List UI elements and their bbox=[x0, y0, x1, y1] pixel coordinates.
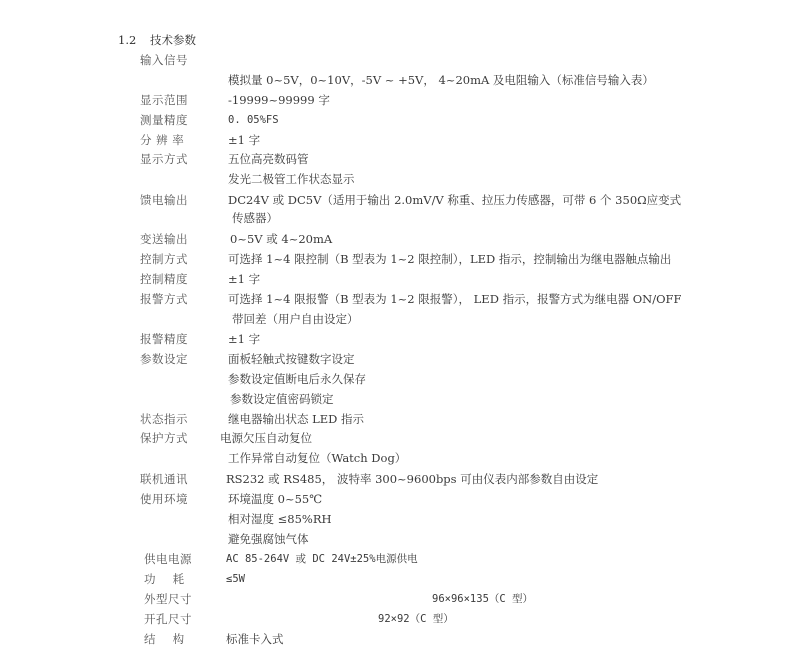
param-setting-label: 参数设定 bbox=[140, 352, 188, 366]
alarm-accuracy-value: ±1 字 bbox=[228, 332, 260, 346]
feed-output-label: 馈电输出 bbox=[140, 193, 188, 207]
transmit-output-value: 0~5V 或 4~20mA bbox=[230, 232, 332, 246]
protection-value-1: 电源欠压自动复位 bbox=[220, 431, 312, 445]
display-mode-value-1: 五位高亮数码管 bbox=[228, 152, 309, 166]
display-range-label: 显示范围 bbox=[140, 93, 188, 107]
protection-value-2: 工作异常自动复位（Watch Dog） bbox=[228, 451, 406, 465]
status-indication-value: 继电器输出状态 LED 指示 bbox=[228, 412, 364, 426]
power-consumption-value: ≤5W bbox=[226, 572, 245, 586]
cutout-size-label: 开孔尺寸 bbox=[144, 612, 192, 626]
control-mode-value: 可选择 1~4 限控制（B 型表为 1~2 限控制），LED 指示，控制输出为继… bbox=[228, 252, 671, 266]
communication-value: RS232 或 RS485， 波特率 300~9600bps 可由仪表内部参数自… bbox=[226, 472, 598, 486]
power-supply-value: AC 85-264V 或 DC 24V±25%电源供电 bbox=[226, 552, 418, 566]
resolution-label: 分 辨 率 bbox=[140, 133, 184, 147]
outer-size-value: 96×96×135（C 型） bbox=[432, 592, 533, 606]
environment-value-2: 相对湿度 ≤85%RH bbox=[228, 512, 332, 526]
param-setting-value-1: 面板轻触式按键数字设定 bbox=[228, 352, 355, 366]
feed-output-value-2: 传感器） bbox=[232, 211, 278, 225]
display-range-value: -19999~99999 字 bbox=[228, 93, 330, 107]
outer-size-label: 外型尺寸 bbox=[144, 592, 192, 606]
display-mode-value-2: 发光二极管工作状态显示 bbox=[228, 172, 355, 186]
cutout-size-value: 92×92（C 型） bbox=[378, 612, 454, 626]
protection-label: 保护方式 bbox=[140, 431, 188, 445]
display-mode-label: 显示方式 bbox=[140, 152, 188, 166]
transmit-output-label: 变送输出 bbox=[140, 232, 188, 246]
status-indication-label: 状态指示 bbox=[140, 412, 188, 426]
measure-accuracy-value: 0. 05%FS bbox=[228, 113, 279, 127]
feed-output-value-1: DC24V 或 DC5V（适用于输出 2.0mV/V 称重、拉压力传感器，可带 … bbox=[228, 193, 681, 207]
alarm-mode-value-2: 带回差（用户自由设定） bbox=[232, 312, 359, 326]
communication-label: 联机通讯 bbox=[140, 472, 188, 486]
environment-value-1: 环境温度 0~55℃ bbox=[228, 492, 322, 506]
param-setting-value-2: 参数设定值断电后永久保存 bbox=[228, 372, 366, 386]
param-setting-value-3: 参数设定值密码锁定 bbox=[230, 392, 334, 406]
power-supply-label: 供电电源 bbox=[144, 552, 192, 566]
environment-label: 使用环境 bbox=[140, 492, 188, 506]
input-signal-label: 输入信号 bbox=[140, 53, 188, 67]
section-title: 技术参数 bbox=[150, 33, 196, 47]
control-accuracy-value: ±1 字 bbox=[228, 272, 260, 286]
structure-label: 结 构 bbox=[144, 632, 185, 646]
alarm-accuracy-label: 报警精度 bbox=[140, 332, 188, 346]
alarm-mode-value-1: 可选择 1~4 限报警（B 型表为 1~2 限报警）， LED 指示，报警方式为… bbox=[228, 292, 681, 306]
input-signal-value: 模拟量 0~5V，0~10V，-5V ~ +5V， 4~20mA 及电阻输入（标… bbox=[228, 73, 654, 87]
alarm-mode-label: 报警方式 bbox=[140, 292, 188, 306]
measure-accuracy-label: 测量精度 bbox=[140, 113, 188, 127]
section-heading: 1.2 技术参数 bbox=[118, 33, 196, 47]
power-consumption-label: 功 耗 bbox=[144, 572, 185, 586]
resolution-value: ±1 字 bbox=[228, 133, 260, 147]
environment-value-3: 避免强腐蚀气体 bbox=[228, 532, 309, 546]
control-mode-label: 控制方式 bbox=[140, 252, 188, 266]
control-accuracy-label: 控制精度 bbox=[140, 272, 188, 286]
section-number: 1.2 bbox=[118, 33, 136, 47]
structure-value: 标准卡入式 bbox=[226, 632, 284, 646]
